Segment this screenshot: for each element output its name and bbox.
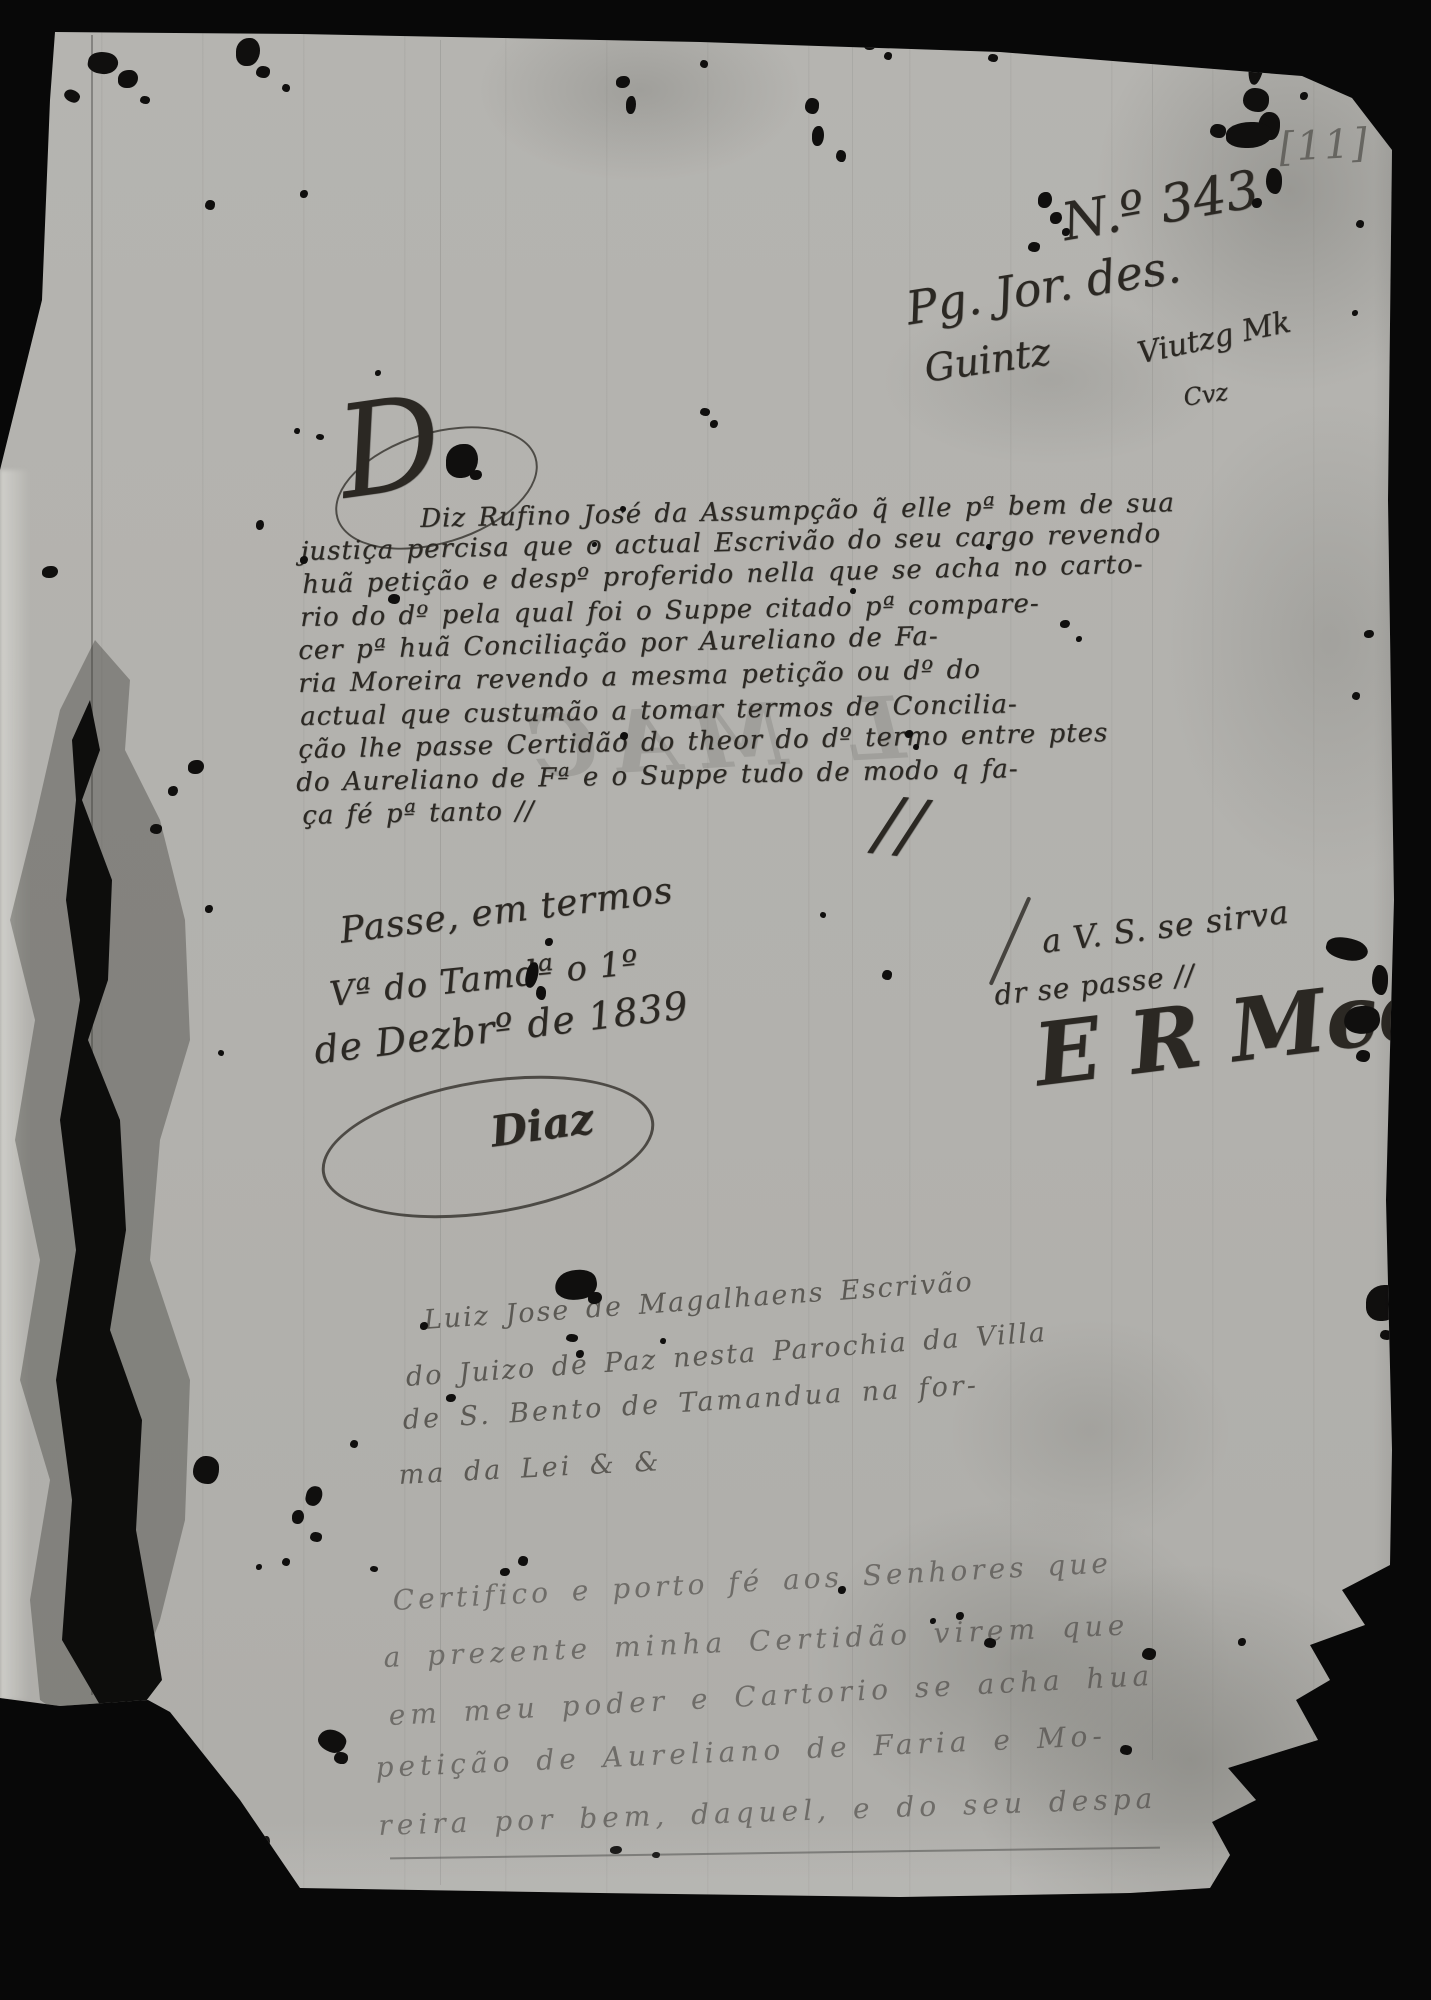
ink-spot	[236, 38, 260, 66]
ink-spot	[536, 986, 546, 1000]
ink-spot	[812, 126, 824, 146]
ink-spot	[700, 60, 708, 68]
certidao-line: Certifico e porto fé aos Senhores que	[392, 1549, 1113, 1615]
ink-spot	[1324, 933, 1370, 965]
ink-spot	[424, 6, 442, 18]
ink-spot	[500, 1568, 510, 1576]
burn-hole	[0, 660, 200, 1750]
ink-spot	[370, 1566, 378, 1572]
fold-crease	[91, 35, 93, 1695]
ink-spot	[218, 1050, 224, 1056]
ink-spot	[334, 1752, 348, 1764]
ink-spot	[700, 408, 710, 416]
ink-spot	[310, 1532, 322, 1542]
ink-spot	[42, 566, 58, 578]
rubric-signature: Guintz	[922, 332, 1053, 387]
ink-spot	[884, 52, 892, 60]
ink-spot	[984, 1638, 996, 1648]
ink-spot	[1243, 88, 1269, 112]
petition-line: ça fé pª tanto //	[302, 798, 535, 829]
ink-spot	[710, 420, 718, 428]
ink-spot	[820, 912, 826, 918]
ink-spot	[262, 1836, 270, 1848]
ink-spot	[616, 76, 630, 88]
pen-stroke	[989, 896, 1032, 985]
ink-spot	[1038, 192, 1052, 208]
ink-spot	[1364, 630, 1374, 638]
court-line: Pg. Jor. des.	[903, 243, 1184, 332]
ink-spot	[1366, 1285, 1400, 1321]
ink-spot	[62, 88, 81, 105]
ink-spot	[652, 1852, 660, 1858]
ink-spot	[1372, 965, 1388, 995]
ink-spot	[1210, 124, 1226, 138]
pencil-underline	[390, 1847, 1160, 1860]
certidao-line: em meu poder e Cartorio se acha hua	[388, 1662, 1155, 1730]
manuscript-page: 13 [11] N.º 343 Pg. Jor. des. Guintz Viu…	[0, 0, 1431, 2000]
ink-spot	[913, 744, 919, 750]
ink-spot	[620, 732, 628, 740]
ink-spot	[300, 190, 308, 198]
ink-spot	[256, 66, 270, 78]
ink-spot	[140, 96, 150, 104]
ink-spot	[1246, 29, 1269, 86]
ink-spot	[150, 824, 162, 834]
ink-spot	[850, 588, 856, 594]
ink-spot	[282, 1558, 290, 1566]
certidao-line: petição de Aureliano de Faria e Mo-	[375, 1722, 1107, 1782]
ink-spot	[205, 200, 215, 210]
petition-end-mark: //	[872, 786, 928, 863]
ink-spot	[1142, 1648, 1156, 1660]
ink-spot	[304, 1485, 324, 1508]
ink-spot	[205, 905, 213, 913]
certidao-line: reira por bem, daquel, e do seu despa	[378, 1785, 1158, 1840]
ink-spot	[1050, 212, 1062, 224]
fold-crease	[852, 45, 853, 1890]
ink-spot	[1238, 1638, 1246, 1646]
ink-spot	[193, 1456, 219, 1484]
ink-spot	[518, 1556, 528, 1566]
burn-halo	[0, 620, 230, 1760]
ink-spot	[1352, 310, 1358, 316]
despacho-line: Passe, em termos	[338, 873, 675, 950]
ink-spot	[610, 1846, 622, 1854]
paper-edge-highlight	[0, 470, 30, 1700]
ink-spot	[1076, 636, 1082, 642]
ink-spot	[168, 786, 178, 796]
ink-spot	[292, 1510, 304, 1524]
ink-spot	[188, 760, 204, 774]
rubric-signature: Viutzg Mk	[1135, 308, 1293, 370]
certidao-line: a prezente minha Certidão virem que	[383, 1611, 1130, 1672]
rubric-signature: Cvz	[1182, 380, 1229, 410]
ink-spot	[388, 594, 400, 604]
ink-spot	[1356, 220, 1364, 228]
ink-spot	[660, 1338, 666, 1344]
ink-spot	[986, 544, 992, 550]
despacho-line: a V. S. se sirva	[1040, 896, 1291, 958]
ink-spot	[1226, 122, 1272, 148]
escrivao-line: ma da Lei & &	[398, 1448, 662, 1489]
signature-flourish	[312, 1055, 665, 1240]
ink-spot	[882, 970, 892, 980]
ink-spot	[350, 1440, 358, 1448]
ink-spot	[1218, 56, 1230, 66]
ink-spot	[10, 62, 26, 82]
folio-number: 13	[1316, 44, 1371, 92]
ink-spot	[1380, 1330, 1392, 1340]
ink-spot	[988, 54, 998, 62]
ink-spot	[1266, 168, 1282, 194]
escrivao-line: Luiz Jose de Magalhaens Escrivão	[423, 1269, 975, 1334]
document-scan: 13 [11] N.º 343 Pg. Jor. des. Guintz Viu…	[0, 0, 1431, 2000]
ink-spot	[864, 40, 876, 50]
ink-spot	[316, 434, 324, 440]
ink-spot	[1060, 620, 1070, 628]
ink-spot	[1352, 692, 1360, 700]
ink-spot	[1285, 58, 1295, 68]
ink-spot	[256, 520, 264, 530]
ink-spot	[626, 96, 636, 114]
bracket-number: [11]	[1278, 123, 1370, 168]
ink-spot	[566, 1334, 578, 1342]
ink-spot	[1300, 92, 1308, 100]
petition-initial: D	[330, 378, 449, 519]
ink-spot	[1120, 1745, 1132, 1755]
ink-spot	[805, 98, 819, 114]
ink-spot	[282, 84, 290, 92]
ink-spot	[16, 118, 26, 128]
ink-spot	[118, 70, 138, 88]
ink-spot	[256, 1564, 262, 1570]
document-number: N.º 343	[1058, 163, 1263, 249]
ink-spot	[620, 506, 626, 512]
ink-spot	[836, 150, 846, 162]
ink-spot	[294, 428, 300, 434]
ink-spot	[1356, 1050, 1370, 1062]
ink-spot	[1028, 242, 1040, 252]
ink-spot	[545, 938, 553, 946]
